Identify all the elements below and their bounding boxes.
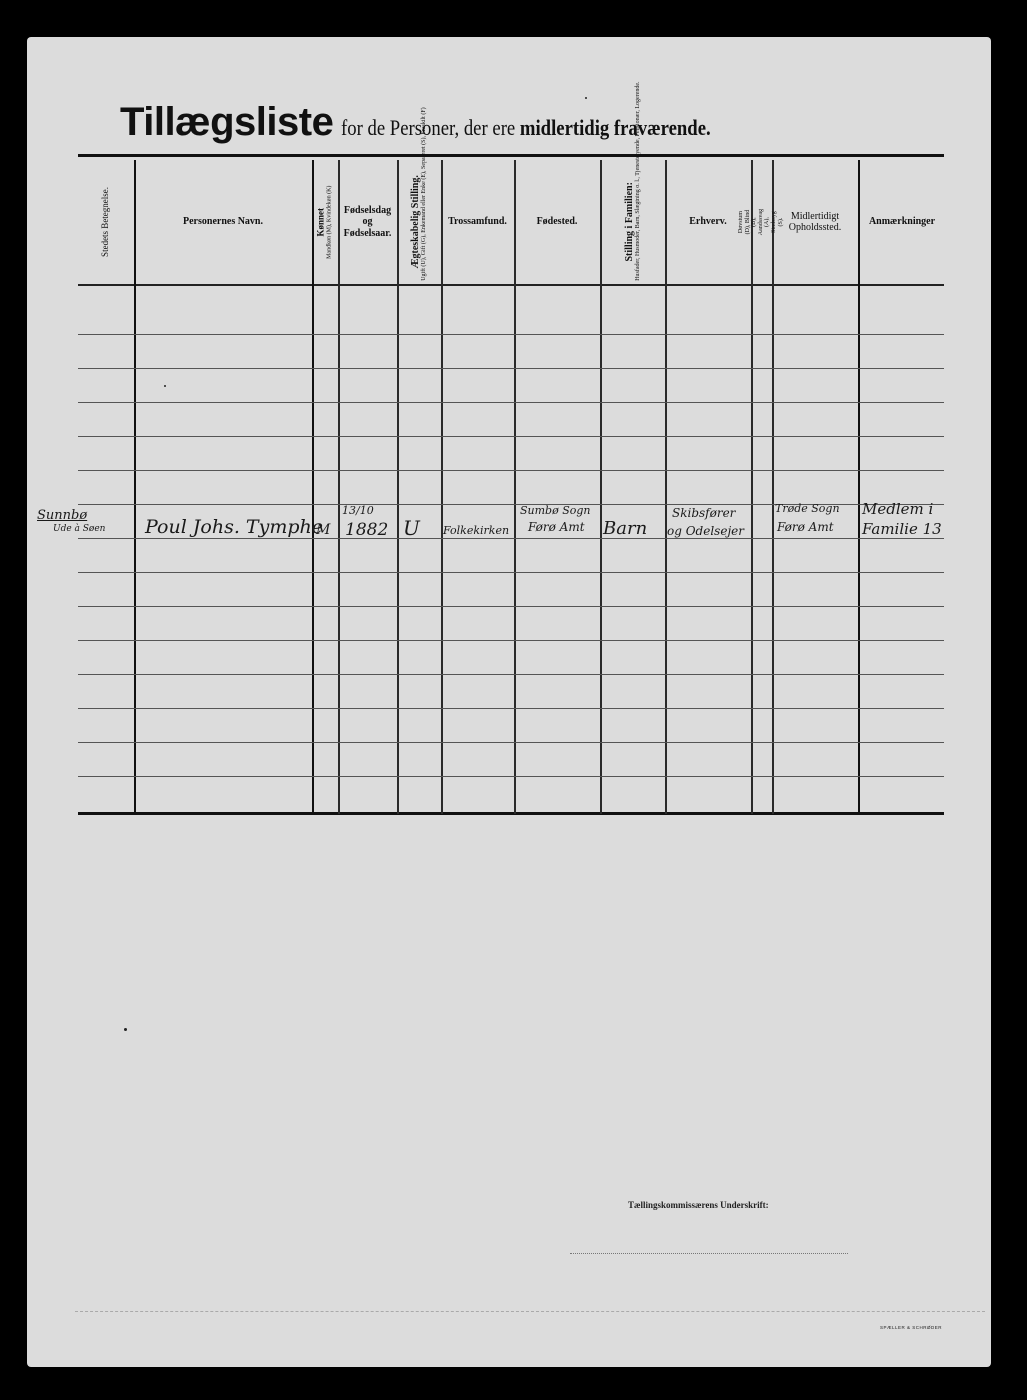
- cell-stedets-betegnelse-1: Sunnbø: [37, 508, 87, 523]
- form-title: Tillægslistefor de Personer, der ere mid…: [120, 100, 776, 145]
- header-trossamfund: Trossamfund.: [443, 162, 512, 282]
- row-line: [78, 402, 944, 403]
- row-line: [78, 776, 944, 777]
- header-erhverv: Erhverv.: [667, 162, 749, 282]
- header-aegteskabelig-stilling: Ægteskabelig Stilling.Ugift (U), Gift (G…: [399, 162, 439, 282]
- bottom-rule: [75, 1311, 985, 1312]
- cell-fodested-2: Førø Amt: [528, 520, 585, 534]
- row-line: [78, 708, 944, 709]
- row-line: [78, 436, 944, 437]
- header-stedets-betegnelse: Stedets Betegnelse.: [80, 162, 132, 282]
- cell-anmaerkninger-2: Familie 13: [862, 520, 942, 538]
- cell-anmaerkninger-1: Medlem i: [862, 500, 933, 518]
- cell-aegteskabelig: U: [403, 516, 420, 540]
- top-rule: [78, 154, 944, 157]
- table-bottom-rule: [78, 812, 944, 815]
- signature-line[interactable]: [570, 1253, 848, 1254]
- header-fodested: Fødested.: [516, 162, 598, 282]
- header-stilling-i-familien: Stilling i Familien:Husfader, Husmoder, …: [602, 162, 663, 282]
- ink-speck: [124, 1028, 127, 1031]
- header-personernes-navn: Personernes Navn.: [136, 162, 310, 282]
- title-main: Tillægsliste: [120, 100, 333, 144]
- row-line: [78, 470, 944, 471]
- cell-opholdssted-2: Førø Amt: [777, 520, 834, 534]
- cell-stilling-familien: Barn: [603, 518, 647, 539]
- row-line: [78, 606, 944, 607]
- header-bottom-rule: [78, 284, 944, 286]
- header-anmaerkninger: Anmærkninger: [860, 162, 944, 282]
- cell-erhverv-2: og Odelsejer: [667, 524, 744, 538]
- row-line: [78, 640, 944, 641]
- row-line: [78, 674, 944, 675]
- cell-trossamfund: Folkekirken: [443, 524, 509, 537]
- ink-speck: [164, 385, 166, 387]
- signature-label: Tællingskommissærens Underskrift:: [628, 1200, 769, 1210]
- header-dovstum-blind: Døvstum (D), Blind (B), Aandssvag (A), S…: [752, 162, 771, 282]
- cell-stedets-betegnelse-2: Ude à Søen: [53, 524, 105, 534]
- subtitle-bold: midlertidig fraværende.: [520, 115, 711, 140]
- row-line: [78, 368, 944, 369]
- header-kjonnet: KønnetMandkøn (M), Kvindekøn (K): [314, 162, 336, 282]
- cell-fodselsaar: 1882: [345, 520, 388, 540]
- cell-fodested-1: Sumbø Sogn: [520, 504, 591, 517]
- cell-opholdssted-1: Trøde Sogn: [775, 502, 840, 515]
- subtitle-plain: for de Personer, der ere: [341, 115, 520, 140]
- printer-mark: SPÆLLER & SCHRØDER: [880, 1325, 942, 1330]
- cell-erhverv-1: Skibsfører: [672, 506, 735, 520]
- row-line: [78, 334, 944, 335]
- row-line: [78, 742, 944, 743]
- row-line: [78, 572, 944, 573]
- ink-speck: [585, 97, 587, 99]
- row-line: [78, 538, 944, 539]
- header-midlertidigt-opholdssted: Midlertidigt Opholdssted.: [774, 162, 856, 282]
- cell-kjonnet: M: [316, 522, 330, 538]
- cell-fodselsdag: 13/10: [342, 504, 374, 517]
- title-subtitle: for de Personer, der ere midlertidig fra…: [341, 115, 711, 141]
- header-fodselsdag: Fødselsdag og Fødselsaar.: [340, 162, 395, 282]
- cell-personernes-navn: Poul Johs. Tymphe: [145, 516, 323, 538]
